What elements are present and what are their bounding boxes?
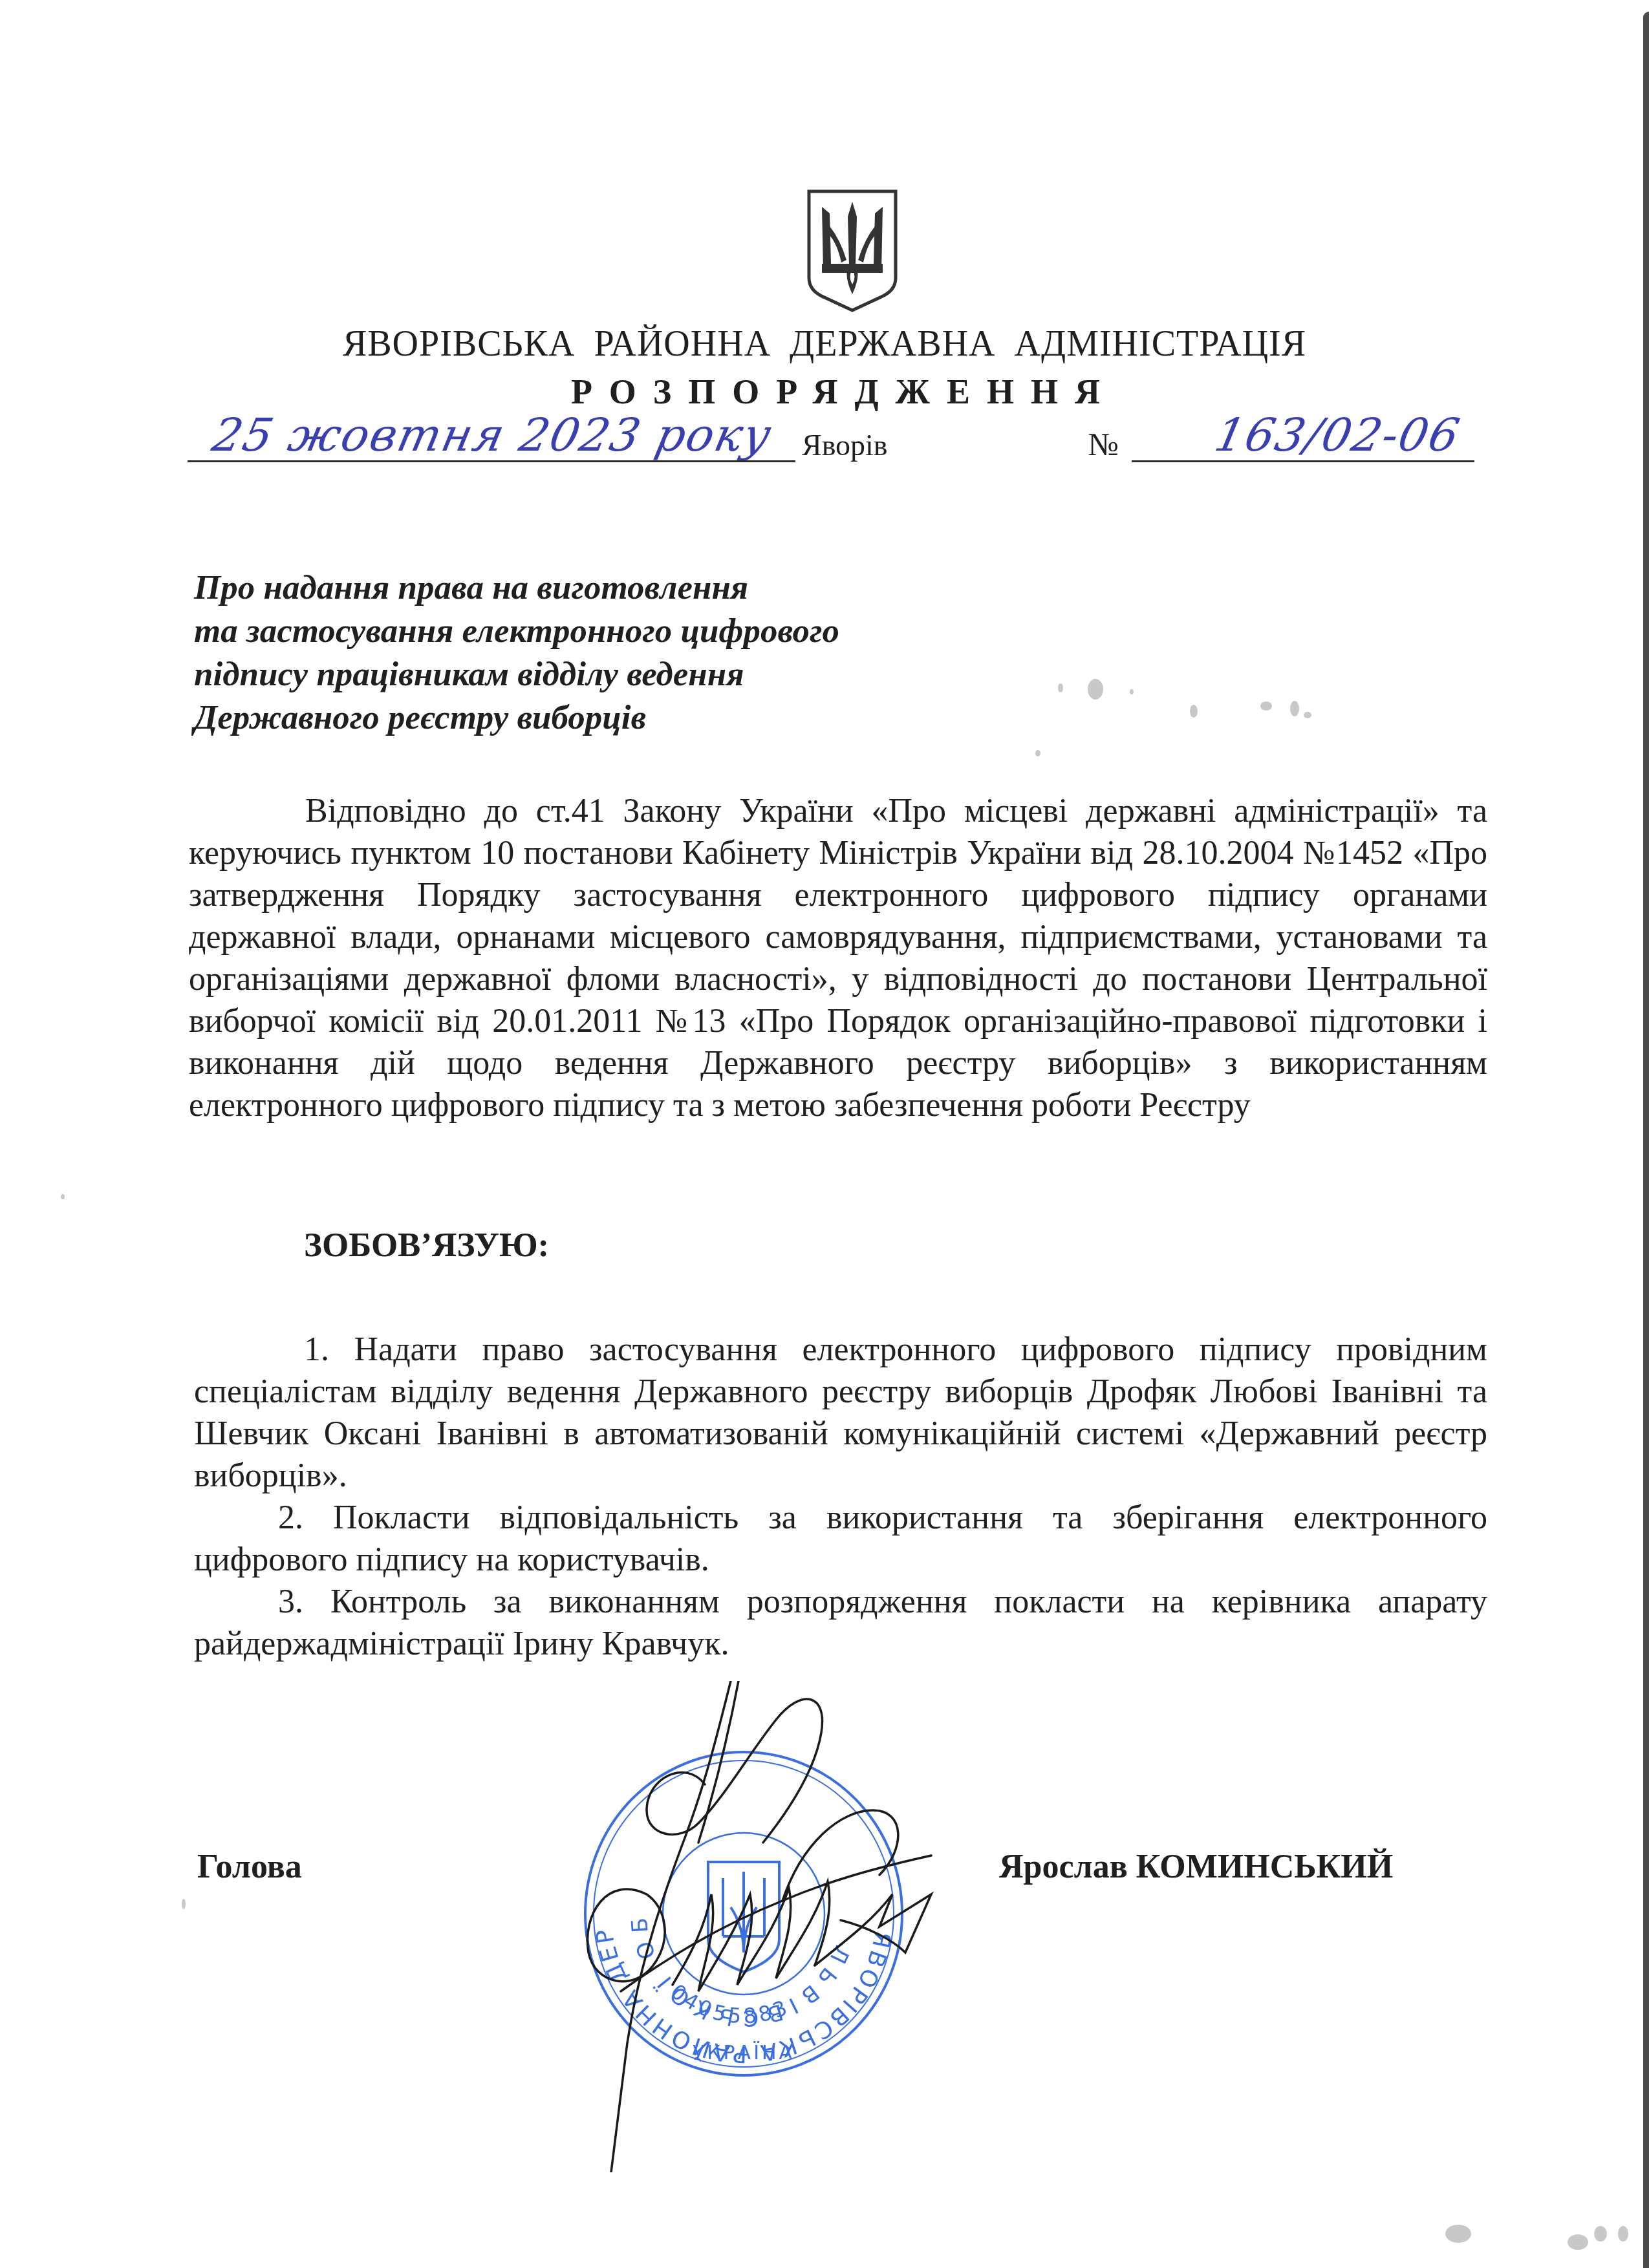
order-item-3: 3. Контроль за виконанням розпорядження … xyxy=(194,1581,1487,1665)
signatory-name: Ярослав КОМИНСЬКИЙ xyxy=(999,1848,1393,1886)
order-item-1: 1. Надати право застосування електронног… xyxy=(194,1329,1487,1497)
signatory-title: Голова xyxy=(197,1848,302,1886)
organization-name: ЯВОРІВСЬКА РАЙОННА ДЕРЖАВНА АДМІНІСТРАЦІ… xyxy=(0,323,1649,365)
document-type: РОЗПОРЯДЖЕННЯ xyxy=(0,372,1649,412)
order-item-2: 2. Покласти відповідальність за використ… xyxy=(194,1497,1487,1581)
preamble-paragraph: Відповідно до ст.41 Закону України «Про … xyxy=(189,790,1487,1126)
order-heading: ЗОБОВ’ЯЗУЮ: xyxy=(304,1226,549,1265)
handwritten-number: 163/02-06 xyxy=(1210,409,1465,462)
date-number-line: 25 жовтня 2023 року Яворів № 163/02-06 xyxy=(188,414,1481,472)
place-name: Яворів xyxy=(802,428,888,462)
subject-line: Про надання права на виготовлення xyxy=(194,566,839,610)
handwritten-date: 25 жовтня 2023 року xyxy=(208,409,777,462)
coat-of-arms-icon xyxy=(804,187,901,314)
subject-line: та застосування електронного цифрового xyxy=(194,610,839,653)
date-underline xyxy=(188,460,795,462)
order-items: 1. Надати право застосування електронног… xyxy=(194,1329,1487,1665)
number-label: № xyxy=(1088,425,1119,463)
handwritten-signature-icon xyxy=(569,1681,1009,2172)
subject-line: Державного реєстру виборців xyxy=(194,696,839,740)
document-subject: Про надання права на виготовлення та зас… xyxy=(194,566,839,740)
subject-line: підпису працівникам відділу ведення xyxy=(194,653,839,696)
